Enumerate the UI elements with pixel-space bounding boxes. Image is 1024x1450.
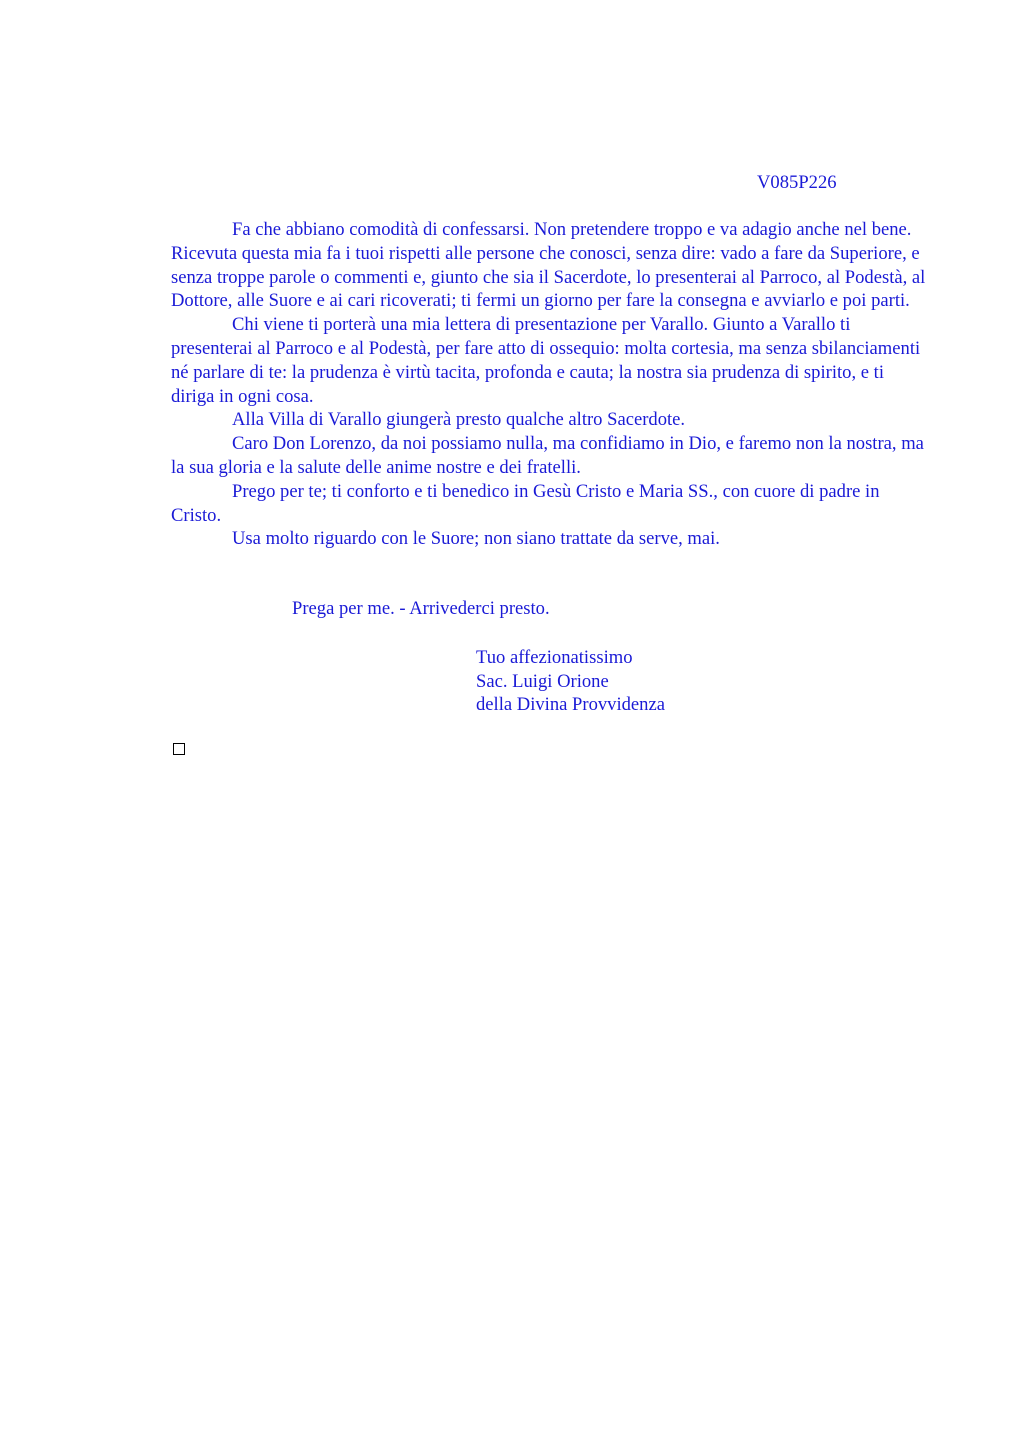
signature-line: della Divina Provvidenza — [476, 693, 665, 717]
document-page: V085P226 Fa che abbiano comodità di conf… — [0, 0, 1024, 1450]
closing-line: Prega per me. - Arrivederci presto. — [292, 598, 550, 620]
empty-box-glyph-icon — [173, 743, 185, 755]
reference-code: V085P226 — [757, 172, 837, 194]
paragraph: Chi viene ti porterà una mia lettera di … — [171, 313, 931, 408]
paragraph: Usa molto riguardo con le Suore; non sia… — [171, 527, 931, 551]
paragraph: Prego per te; ti conforto e ti benedico … — [171, 480, 931, 528]
paragraph: Alla Villa di Varallo giungerà presto qu… — [171, 408, 931, 432]
signature-line: Sac. Luigi Orione — [476, 670, 665, 694]
paragraph: Caro Don Lorenzo, da noi possiamo nulla,… — [171, 432, 931, 480]
letter-body: Fa che abbiano comodità di confessarsi. … — [171, 218, 931, 551]
signature-block: Tuo affezionatissimo Sac. Luigi Orione d… — [476, 646, 665, 717]
paragraph: Fa che abbiano comodità di confessarsi. … — [171, 218, 931, 313]
signature-line: Tuo affezionatissimo — [476, 646, 665, 670]
